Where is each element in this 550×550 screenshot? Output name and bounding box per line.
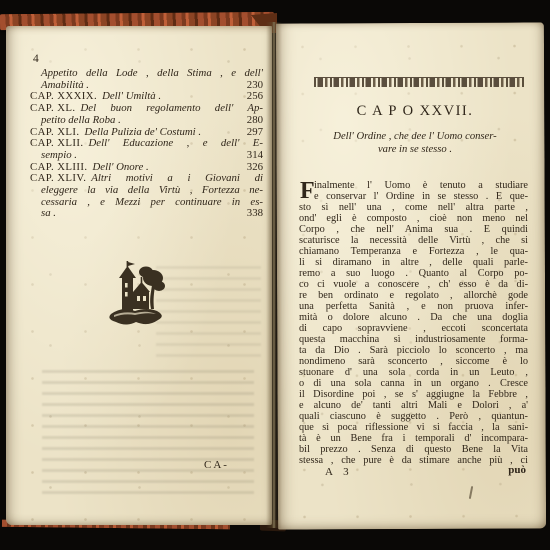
body-line: scaturisce la necessità delle Virtù , ch… <box>299 235 528 246</box>
toc-line: sa .338 <box>30 208 263 220</box>
body-line: sto sì nell' una , come nell' altra part… <box>299 202 528 213</box>
book-photo: 4 Appetito della Lode , della Stima , e … <box>0 0 550 550</box>
body-line: quali ciascuno è suggetto . Però , quant… <box>299 411 528 422</box>
body-line: nondimeno sarà sconcerto , siccome è lo <box>299 356 528 367</box>
body-line: stuonare d' una sola corda in un Leuto , <box>299 367 528 378</box>
body-line: chiamano Temperanza e Fortezza , le qua- <box>299 246 528 257</box>
subtitle-line: Dell' Ordine , che dee l' Uomo conser- <box>300 131 530 144</box>
show-through-texture <box>42 370 254 498</box>
body-line: Corpo , che nell' Anima sua . E quindi <box>299 224 528 235</box>
toc-line: petito della Roba .280 <box>30 115 263 127</box>
toc-text: cessaria , e Mezzi per continuare in es- <box>41 197 263 209</box>
catchword: può <box>470 464 526 476</box>
body-line: ond' egli è composto , cioè non meno nel <box>299 213 528 224</box>
toc-text: Dell' Educazione , e dell' E- <box>89 138 264 150</box>
body-line: remo a suo luogo . Quanto al Corpo po- <box>299 268 528 279</box>
chapter-subtitle: Dell' Ordine , che dee l' Uomo conser- v… <box>300 131 530 156</box>
body-line: e conservar l' Ordine in se stesso . E q… <box>299 191 528 202</box>
body-line: que sì poca riflessione vi si faccia , l… <box>299 422 528 433</box>
gathering-signature: A 3 <box>325 466 353 478</box>
toc-line: cessaria , e Mezzi per continuare in es- <box>30 197 263 209</box>
toc-text: petito della Roba . <box>41 115 121 127</box>
toc-text: Appetito della Lode , della Stima , e de… <box>41 68 263 80</box>
body-line: tà è un Bene fra i temporali d' incompar… <box>299 433 528 444</box>
body-line: ta da Dio . Sarà picciolo lo sconcerto ,… <box>299 345 528 356</box>
catchword: CA- <box>204 459 229 471</box>
village-woodcut-vignette-icon <box>106 261 166 330</box>
table-of-contents: Appetito della Lode , della Stima , e de… <box>30 68 263 220</box>
toc-pagenum: 338 <box>241 208 263 220</box>
toc-pagenum: 280 <box>241 115 263 127</box>
subtitle-line: vare in se stesso . <box>300 144 530 157</box>
body-line: il Disordine poi , se s' aggiugne la Feb… <box>299 389 528 400</box>
body-line: questa macchina sì industriosamente form… <box>299 334 528 345</box>
body-line: co ci vuole a conoscere , ch' esso è da … <box>299 279 528 290</box>
body-line: di capo sopravviene , eccoti sconcertata <box>299 323 528 334</box>
page-number: 4 <box>33 53 39 65</box>
body-line: o di una sola canna in un organo . Cresc… <box>299 378 528 389</box>
toc-text: sempio . <box>41 150 77 162</box>
toc-text: sa . <box>41 208 56 220</box>
body-line: bil prezzo . Senza di questo Bene la Vit… <box>299 444 528 455</box>
body-text: inalmente l' Uomo è tenuto a studiare e … <box>299 180 528 466</box>
body-line: li si diramano in altre , delle quali pa… <box>299 257 528 268</box>
body-line: inalmente l' Uomo è tenuto a studiare <box>299 180 528 191</box>
fleuron-border-band-icon <box>314 77 524 87</box>
gutter-shadow <box>266 22 282 528</box>
toc-line: sempio .314 <box>30 150 263 162</box>
body-line: e alcuno de' tanti altri Mali e Dolori ,… <box>299 400 528 411</box>
chapter-heading: C A P O XXVII. <box>300 103 530 120</box>
show-through-texture <box>156 266 261 361</box>
body-line: una perfetta Sanità , e non pruova infer… <box>299 301 528 312</box>
toc-line: Appetito della Lode , della Stima , e de… <box>30 68 263 80</box>
toc-text: eleggere la via della Virtù , Fortezza n… <box>41 185 263 197</box>
body-line: re ben ordinato e regolato , allorchè go… <box>299 290 528 301</box>
body-line: mità o dolore alcuno . Da che una doglia <box>299 312 528 323</box>
toc-line: eleggere la via della Virtù , Fortezza n… <box>30 185 263 197</box>
toc-pagenum: 314 <box>241 150 263 162</box>
